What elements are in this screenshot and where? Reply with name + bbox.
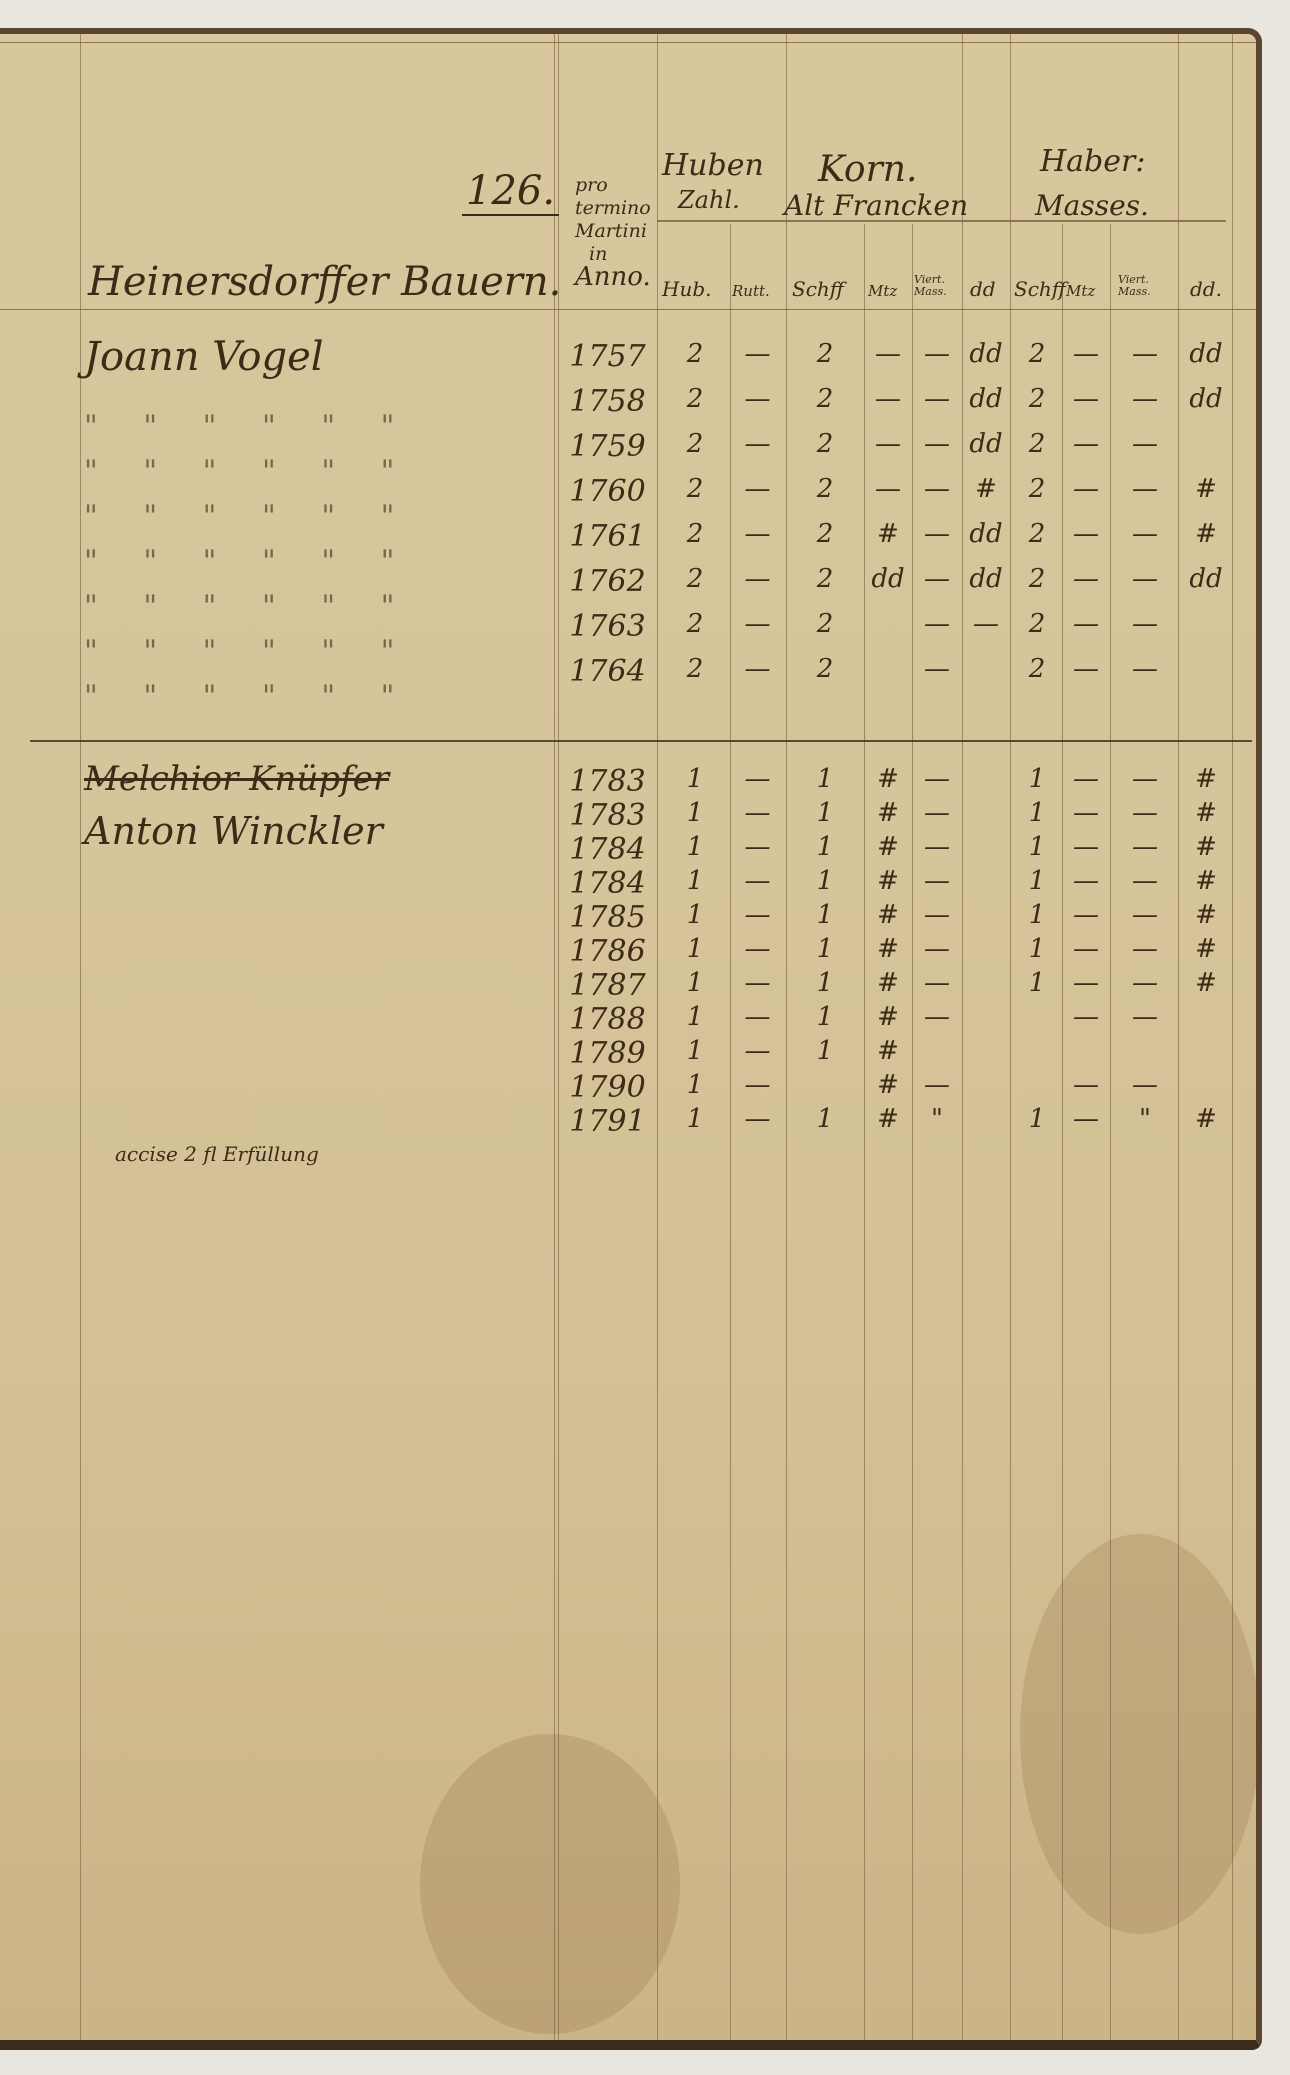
cell-h-mtz: — xyxy=(1064,429,1108,459)
cell-rutt: — xyxy=(735,339,780,369)
cell-h-schff: 1 xyxy=(1015,968,1059,998)
cell-hub: 2 xyxy=(675,654,715,684)
year-column-header: pro termino Martini in Anno. xyxy=(575,174,651,289)
cell-k-schff: 2 xyxy=(805,384,845,414)
section-divider xyxy=(30,740,1252,742)
cell-k-schff: 1 xyxy=(805,1104,845,1134)
cell-k-viert: — xyxy=(914,764,960,794)
cell-k-viert: — xyxy=(914,1070,960,1100)
ditto-marks: " " " " " " xyxy=(84,679,412,714)
cell-k-viert: — xyxy=(914,474,960,504)
cell-rutt: — xyxy=(735,1070,780,1100)
cell-k-viert: — xyxy=(914,564,960,594)
cell-h-viert: — xyxy=(1115,968,1175,998)
cell-hub: 1 xyxy=(675,900,715,930)
cell-rutt: — xyxy=(735,934,780,964)
cell-k-mtz: # xyxy=(866,968,910,998)
cell-h-schff: 2 xyxy=(1015,519,1059,549)
cell-k-mtz: — xyxy=(866,429,910,459)
cell-k-viert: — xyxy=(914,900,960,930)
cell-k-viert: — xyxy=(914,934,960,964)
cell-h-dd: # xyxy=(1182,900,1230,930)
cell-h-mtz: — xyxy=(1064,609,1108,639)
cell-hub: 1 xyxy=(675,1002,715,1032)
cell-h-dd: # xyxy=(1182,764,1230,794)
cell-k-viert: — xyxy=(914,832,960,862)
cell-h-viert: " xyxy=(1115,1104,1175,1134)
cell-hub: 1 xyxy=(675,934,715,964)
cell-k-mtz: — xyxy=(866,339,910,369)
farmer-name-vogel: Joann Vogel xyxy=(84,334,324,380)
cell-h-dd: dd xyxy=(1182,564,1230,594)
farmer-name-struck: Melchior Knüpfer xyxy=(84,759,389,799)
cell-hub: 1 xyxy=(675,1036,715,1066)
cell-rutt: — xyxy=(735,519,780,549)
cell-h-dd: dd xyxy=(1182,384,1230,414)
cell-h-viert: — xyxy=(1115,654,1175,684)
cell-hub: 1 xyxy=(675,866,715,896)
subcol-haber-schff: Schff xyxy=(1014,277,1066,301)
cell-h-dd: # xyxy=(1182,798,1230,828)
cell-k-schff: 1 xyxy=(805,968,845,998)
cell-rutt: — xyxy=(735,474,780,504)
subcol-rutt: Rutt. xyxy=(732,282,770,300)
column-rule xyxy=(912,224,913,2040)
cell-rutt: — xyxy=(735,654,780,684)
cell-k-dd: dd xyxy=(964,519,1008,549)
huben-header: Huben Zahl. xyxy=(662,149,764,217)
cell-h-viert: — xyxy=(1115,609,1175,639)
cell-k-mtz: # xyxy=(866,1070,910,1100)
cell-k-dd: dd xyxy=(964,384,1008,414)
cell-h-mtz: — xyxy=(1064,339,1108,369)
cell-h-dd: # xyxy=(1182,968,1230,998)
cell-k-mtz: # xyxy=(866,832,910,862)
cell-k-schff: 2 xyxy=(805,654,845,684)
subcol-korn-dd: dd xyxy=(970,277,996,301)
cell-rutt: — xyxy=(735,900,780,930)
ditto-marks: " " " " " " xyxy=(84,454,412,489)
subcol-haber-viert: Viert. Mass. xyxy=(1118,274,1174,298)
column-rule xyxy=(786,34,787,2040)
cell-h-dd: # xyxy=(1182,1104,1230,1134)
cell-year: 1788 xyxy=(560,1002,655,1037)
cell-h-dd: # xyxy=(1182,474,1230,504)
cell-h-dd: dd xyxy=(1182,339,1230,369)
cell-h-mtz: — xyxy=(1064,968,1108,998)
cell-h-mtz: — xyxy=(1064,384,1108,414)
cell-k-viert: — xyxy=(914,339,960,369)
register-title: Heinersdorffer Bauern. xyxy=(88,259,561,305)
cell-k-viert: — xyxy=(914,384,960,414)
cell-rutt: — xyxy=(735,1002,780,1032)
cell-k-mtz: # xyxy=(866,519,910,549)
subcol-korn-viert: Viert. Mass. xyxy=(914,274,960,298)
cell-hub: 2 xyxy=(675,564,715,594)
cell-rutt: — xyxy=(735,832,780,862)
cell-k-schff: 2 xyxy=(805,609,845,639)
cell-hub: 2 xyxy=(675,384,715,414)
cell-year: 1783 xyxy=(560,764,655,799)
haber-header: Haber: xyxy=(1040,144,1145,179)
cell-year: 1791 xyxy=(560,1104,655,1139)
cell-h-viert: — xyxy=(1115,429,1175,459)
cell-h-schff: 1 xyxy=(1015,900,1059,930)
cell-year: 1783 xyxy=(560,798,655,833)
subcol-haber-dd: dd. xyxy=(1190,277,1222,301)
farmer-name-winckler: Anton Winckler xyxy=(84,809,383,853)
cell-h-mtz: — xyxy=(1064,900,1108,930)
cell-year: 1761 xyxy=(560,519,655,554)
cell-rutt: — xyxy=(735,764,780,794)
cell-h-mtz: — xyxy=(1064,1104,1108,1134)
cell-hub: 1 xyxy=(675,1070,715,1100)
cell-h-schff: 1 xyxy=(1015,934,1059,964)
cell-h-mtz: — xyxy=(1064,934,1108,964)
paper-stain xyxy=(1020,1534,1260,1934)
cell-k-schff: 2 xyxy=(805,339,845,369)
subcol-hub: Hub. xyxy=(662,277,711,301)
column-rule xyxy=(962,34,963,2040)
ditto-marks: " " " " " " xyxy=(84,634,412,669)
column-rule xyxy=(864,224,865,2040)
cell-k-schff: 1 xyxy=(805,1036,845,1066)
cell-rutt: — xyxy=(735,429,780,459)
cell-year: 1786 xyxy=(560,934,655,969)
cell-h-dd: # xyxy=(1182,519,1230,549)
cell-k-mtz: # xyxy=(866,934,910,964)
cell-h-viert: — xyxy=(1115,764,1175,794)
cell-k-viert: " xyxy=(914,1104,960,1134)
cell-h-viert: — xyxy=(1115,900,1175,930)
cell-h-viert: — xyxy=(1115,934,1175,964)
accise-note: accise 2 fl Erfüllung xyxy=(115,1142,319,1166)
cell-k-dd: dd xyxy=(964,339,1008,369)
cell-year: 1759 xyxy=(560,429,655,464)
cell-h-mtz: — xyxy=(1064,1070,1108,1100)
cell-h-viert: — xyxy=(1115,564,1175,594)
cell-h-schff: 1 xyxy=(1015,798,1059,828)
cell-rutt: — xyxy=(735,968,780,998)
cell-h-schff: 2 xyxy=(1015,609,1059,639)
cell-h-mtz: — xyxy=(1064,832,1108,862)
cell-h-viert: — xyxy=(1115,798,1175,828)
ditto-marks: " " " " " " xyxy=(84,589,412,624)
cell-year: 1789 xyxy=(560,1036,655,1071)
alt-francken-label: Alt Francken xyxy=(784,189,968,222)
cell-hub: 1 xyxy=(675,832,715,862)
cell-h-dd: # xyxy=(1182,934,1230,964)
cell-hub: 2 xyxy=(675,339,715,369)
cell-h-viert: — xyxy=(1115,1002,1175,1032)
cell-h-schff: 2 xyxy=(1015,339,1059,369)
cell-year: 1757 xyxy=(560,339,655,374)
cell-hub: 2 xyxy=(675,519,715,549)
cell-h-viert: — xyxy=(1115,474,1175,504)
cell-hub: 1 xyxy=(675,1104,715,1134)
cell-hub: 2 xyxy=(675,429,715,459)
cell-k-schff: 1 xyxy=(805,900,845,930)
ditto-marks: " " " " " " xyxy=(84,544,412,579)
page-number: 126. xyxy=(462,168,559,216)
margin-rule xyxy=(80,34,81,2040)
cell-k-schff: 2 xyxy=(805,474,845,504)
cell-k-viert: — xyxy=(914,519,960,549)
subcol-korn-mtz: Mtz xyxy=(868,282,897,300)
cell-year: 1784 xyxy=(560,866,655,901)
cell-k-dd: — xyxy=(964,609,1008,639)
cell-k-schff: 1 xyxy=(805,832,845,862)
cell-hub: 1 xyxy=(675,968,715,998)
cell-h-schff: 2 xyxy=(1015,429,1059,459)
paper-stain xyxy=(420,1734,680,2034)
cell-k-viert: — xyxy=(914,429,960,459)
cell-h-schff: 2 xyxy=(1015,654,1059,684)
korn-header: Korn. xyxy=(818,149,917,190)
cell-k-mtz: — xyxy=(866,384,910,414)
cell-k-mtz: — xyxy=(866,474,910,504)
cell-h-schff: 2 xyxy=(1015,474,1059,504)
cell-k-schff: 2 xyxy=(805,564,845,594)
cell-k-mtz: # xyxy=(866,866,910,896)
subcol-korn-schff: Schff xyxy=(792,277,844,301)
cell-k-mtz: # xyxy=(866,900,910,930)
cell-year: 1785 xyxy=(560,900,655,935)
cell-hub: 1 xyxy=(675,798,715,828)
cell-h-schff: 2 xyxy=(1015,384,1059,414)
cell-year: 1764 xyxy=(560,654,655,689)
cell-h-schff: 1 xyxy=(1015,866,1059,896)
cell-k-dd: # xyxy=(964,474,1008,504)
cell-year: 1762 xyxy=(560,564,655,599)
cell-h-dd: # xyxy=(1182,832,1230,862)
column-rule xyxy=(1010,34,1011,2040)
ditto-marks: " " " " " " xyxy=(84,499,412,534)
cell-h-mtz: — xyxy=(1064,1002,1108,1032)
masses-label: Masses. xyxy=(1035,189,1149,222)
cell-rutt: — xyxy=(735,564,780,594)
cell-k-schff: 1 xyxy=(805,798,845,828)
top-rule xyxy=(0,42,1256,43)
cell-k-schff: 2 xyxy=(805,429,845,459)
column-rule xyxy=(730,224,731,2040)
cell-k-schff: 1 xyxy=(805,866,845,896)
cell-rutt: — xyxy=(735,609,780,639)
cell-h-dd: # xyxy=(1182,866,1230,896)
cell-h-viert: — xyxy=(1115,1070,1175,1100)
cell-rutt: — xyxy=(735,866,780,896)
cell-rutt: — xyxy=(735,1036,780,1066)
cell-k-dd: dd xyxy=(964,429,1008,459)
cell-h-mtz: — xyxy=(1064,564,1108,594)
cell-h-mtz: — xyxy=(1064,654,1108,684)
cell-k-dd: dd xyxy=(964,564,1008,594)
cell-h-mtz: — xyxy=(1064,866,1108,896)
cell-k-viert: — xyxy=(914,654,960,684)
cell-h-mtz: — xyxy=(1064,519,1108,549)
cell-k-mtz: dd xyxy=(866,564,910,594)
cell-k-mtz: # xyxy=(866,764,910,794)
cell-h-viert: — xyxy=(1115,384,1175,414)
cell-k-schff: 1 xyxy=(805,764,845,794)
cell-rutt: — xyxy=(735,1104,780,1134)
cell-k-schff: 2 xyxy=(805,519,845,549)
cell-h-schff: 2 xyxy=(1015,564,1059,594)
column-rule xyxy=(657,34,658,2040)
cell-rutt: — xyxy=(735,384,780,414)
cell-h-viert: — xyxy=(1115,866,1175,896)
cell-year: 1763 xyxy=(560,609,655,644)
cell-hub: 1 xyxy=(675,764,715,794)
cell-year: 1790 xyxy=(560,1070,655,1105)
cell-k-viert: — xyxy=(914,1002,960,1032)
cell-h-viert: — xyxy=(1115,339,1175,369)
ledger-page: 126. Heinersdorffer Bauern. pro termino … xyxy=(0,28,1262,2050)
cell-k-schff: 1 xyxy=(805,934,845,964)
cell-k-viert: — xyxy=(914,968,960,998)
cell-h-mtz: — xyxy=(1064,764,1108,794)
cell-hub: 2 xyxy=(675,474,715,504)
cell-k-viert: — xyxy=(914,798,960,828)
cell-hub: 2 xyxy=(675,609,715,639)
cell-k-viert: — xyxy=(914,866,960,896)
header-rule xyxy=(0,309,1256,310)
subcol-haber-mtz: Mtz xyxy=(1066,282,1095,300)
ditto-marks: " " " " " " xyxy=(84,409,412,444)
cell-h-mtz: — xyxy=(1064,798,1108,828)
cell-h-schff: 1 xyxy=(1015,1104,1059,1134)
cell-k-viert: — xyxy=(914,609,960,639)
cell-h-schff: 1 xyxy=(1015,832,1059,862)
cell-rutt: — xyxy=(735,798,780,828)
cell-k-mtz: # xyxy=(866,1002,910,1032)
cell-k-mtz: # xyxy=(866,1036,910,1066)
cell-year: 1784 xyxy=(560,832,655,867)
cell-h-mtz: — xyxy=(1064,474,1108,504)
cell-year: 1758 xyxy=(560,384,655,419)
cell-k-schff: 1 xyxy=(805,1002,845,1032)
cell-k-mtz: # xyxy=(866,798,910,828)
cell-year: 1787 xyxy=(560,968,655,1003)
cell-h-viert: — xyxy=(1115,832,1175,862)
cell-h-viert: — xyxy=(1115,519,1175,549)
cell-year: 1760 xyxy=(560,474,655,509)
cell-h-schff: 1 xyxy=(1015,764,1059,794)
cell-k-mtz: # xyxy=(866,1104,910,1134)
